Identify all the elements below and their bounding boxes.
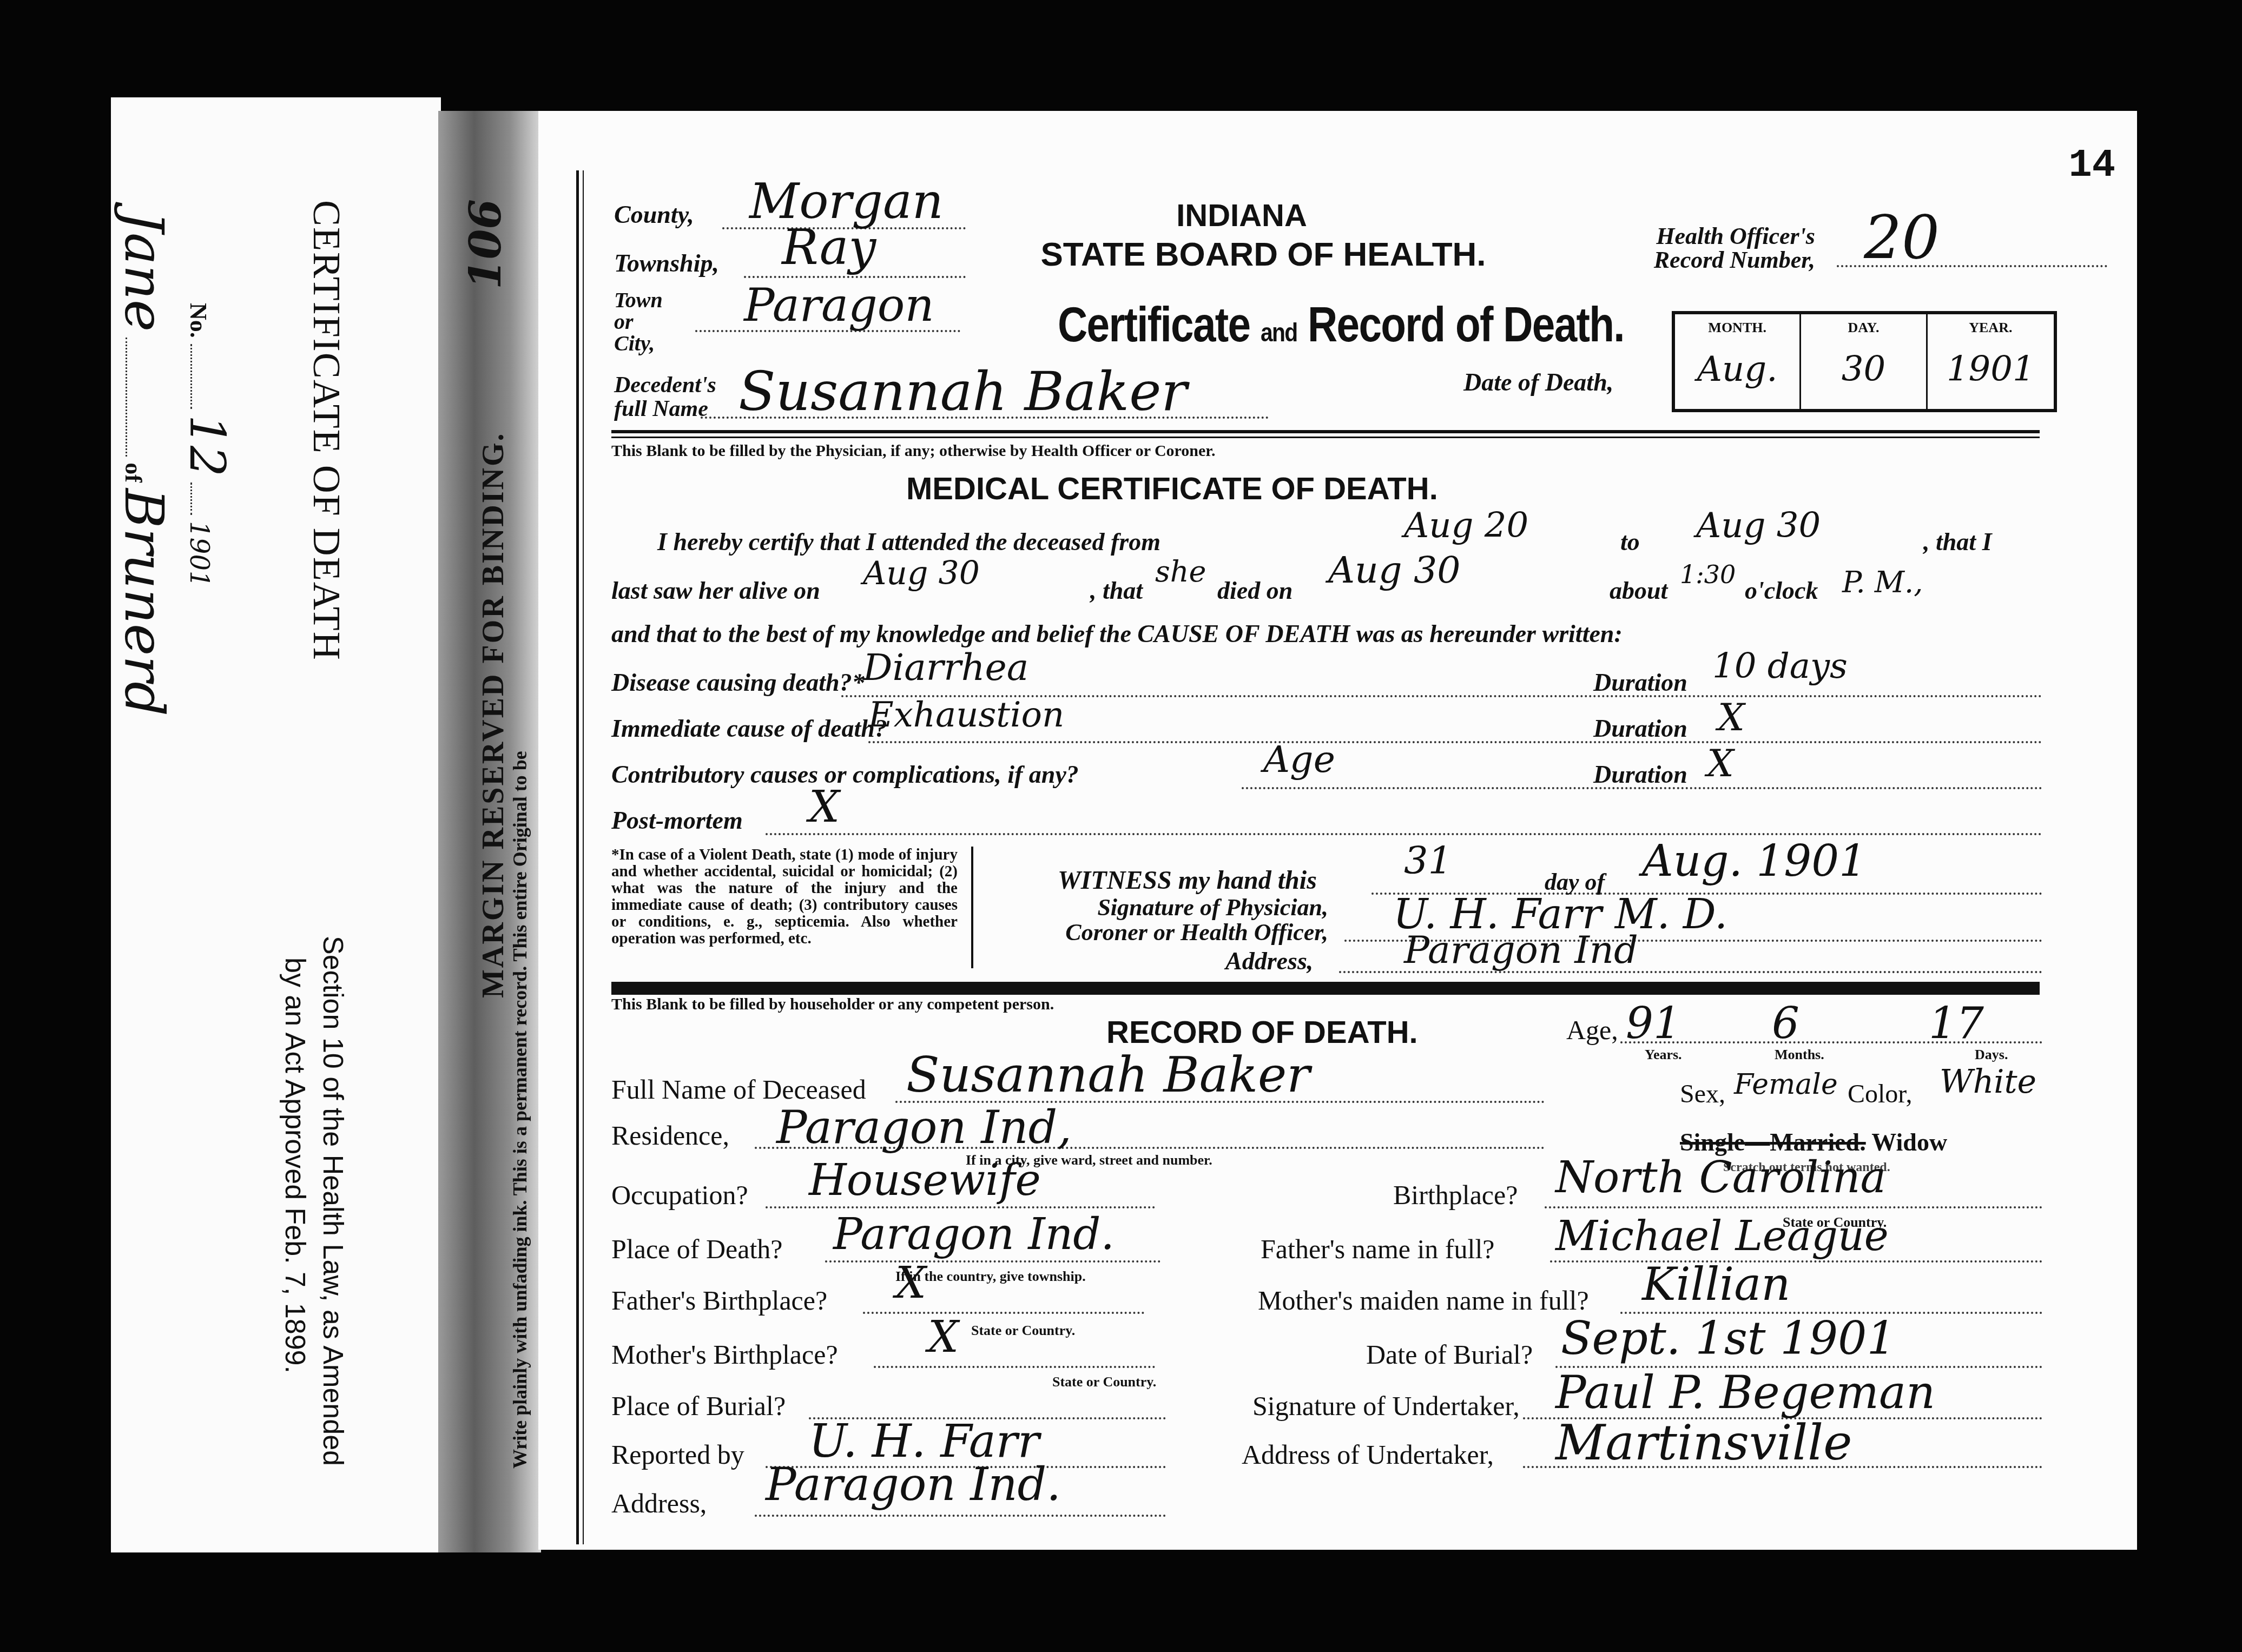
- decedent-name-value: Susannah Baker: [738, 360, 1187, 423]
- undertaker-signature-label: Signature of Undertaker,: [1252, 1390, 1520, 1422]
- binding-margin: MARGIN RESERVED FOR BINDING. Write plain…: [438, 111, 541, 1552]
- that-label: , that: [1090, 576, 1143, 605]
- physician-address-label: Address,: [1225, 947, 1313, 975]
- day-header: DAY.: [1801, 320, 1926, 336]
- postmortem-label: Post-mortem: [611, 806, 743, 835]
- age-days-unit: Days.: [1975, 1047, 2008, 1063]
- township-value: Ray: [782, 219, 876, 276]
- stub-year: 1901: [184, 521, 214, 587]
- form-border-line: [576, 170, 579, 1544]
- mother-maiden-value: Killian: [1642, 1258, 1790, 1311]
- attended-text: I hereby certify that I attended the dec…: [657, 527, 1160, 556]
- cause-text: and that to the best of my knowledge and…: [611, 619, 1623, 648]
- undertaker-address-label: Address of Undertaker,: [1242, 1439, 1494, 1470]
- mother-maiden-label: Mother's maiden name in full?: [1258, 1285, 1589, 1316]
- birthplace-label: Birthplace?: [1393, 1179, 1518, 1211]
- contributory-value: Age: [1263, 738, 1335, 781]
- father-birthplace-hint: State or Country.: [971, 1323, 1075, 1339]
- immediate-cause-label: Immediate cause of death?: [611, 714, 887, 743]
- full-name-value: Susannah Baker: [906, 1047, 1310, 1103]
- medical-instruction: This Blank to be filled by the Physician…: [611, 442, 1215, 460]
- residence-label: Residence,: [611, 1120, 729, 1151]
- pronoun-value: she: [1155, 554, 1206, 589]
- death-certificate-form: 14 County, Morgan Township, Ray Town or …: [538, 111, 2137, 1550]
- father-birthplace-label: Father's Birthplace?: [611, 1285, 827, 1316]
- residence-value: Paragon Ind,: [776, 1101, 1072, 1154]
- postmortem-value: X: [809, 782, 840, 832]
- about-label: about: [1610, 576, 1667, 605]
- contributory-duration-value: X: [1707, 741, 1734, 785]
- died-on-label: died on: [1217, 576, 1293, 605]
- reporter-address-value: Paragon Ind.: [766, 1458, 1061, 1511]
- county-label: County,: [614, 200, 694, 229]
- ampm-value: P. M.,: [1842, 565, 1923, 599]
- occupation-value: Housewife: [809, 1155, 1041, 1205]
- birthplace-value: North Carolina: [1555, 1152, 1886, 1202]
- color-label: Color,: [1848, 1079, 1912, 1109]
- certificate-stub: CERTIFICATE OF DEATH No. 12 1901 Jane of…: [111, 97, 441, 1552]
- disease-label: Disease causing death?*: [611, 668, 865, 697]
- form-title: Certificate and Record of Death.: [1058, 298, 1624, 353]
- township-label: Township,: [614, 249, 719, 277]
- mother-birthplace-label: Mother's Birthplace?: [611, 1339, 838, 1370]
- sex-label: Sex,: [1680, 1079, 1725, 1109]
- reported-by-label: Reported by: [611, 1439, 744, 1470]
- disease-value: Diarrhea: [863, 646, 1028, 689]
- age-months-unit: Months.: [1775, 1047, 1824, 1063]
- duration-label-1: Duration: [1593, 668, 1687, 697]
- father-name-value: Michael League: [1555, 1212, 1889, 1260]
- attended-to-value: Aug 30: [1696, 506, 1821, 546]
- time-value: 1:30: [1680, 560, 1736, 589]
- decedent-name-label: Decedent's full Name: [614, 373, 722, 421]
- year-value: 1901: [1928, 349, 2054, 389]
- reporter-address-label: Address,: [611, 1488, 707, 1519]
- board-name: STATE BOARD OF HEALTH.: [1025, 235, 1501, 274]
- mother-birthplace-hint: State or Country.: [1052, 1374, 1156, 1390]
- that-i-text: , that I: [1923, 527, 1992, 556]
- father-name-label: Father's name in full?: [1261, 1233, 1495, 1265]
- age-months-value: 6: [1772, 998, 1799, 1048]
- town-label: Town or City,: [614, 289, 679, 354]
- sex-value: Female: [1734, 1068, 1838, 1101]
- place-of-death-value: Paragon Ind.: [833, 1209, 1115, 1259]
- undertaker-signature-value: Paul P. Begeman: [1555, 1366, 1935, 1419]
- burial-place-label: Place of Burial?: [611, 1390, 786, 1422]
- year-header: YEAR.: [1928, 320, 2054, 336]
- violent-death-note: *In case of a Violent Death, state (1) m…: [611, 847, 958, 947]
- date-of-death-table: MONTH. Aug. DAY. 30 YEAR. 1901: [1672, 311, 2057, 412]
- record-number-value: 20: [1864, 203, 1940, 272]
- undertaker-address-value: Martinsville: [1555, 1415, 1852, 1471]
- month-value: Aug.: [1675, 349, 1799, 389]
- age-years-value: 91: [1626, 998, 1681, 1048]
- father-birthplace-value: X: [895, 1258, 926, 1308]
- to-label: to: [1620, 527, 1640, 556]
- last-saw-value: Aug 30: [863, 554, 980, 592]
- attended-from-value: Aug 20: [1404, 506, 1528, 546]
- record-instruction: This Blank to be filled by householder o…: [611, 995, 1054, 1014]
- binding-handwritten-mark: 106: [460, 199, 511, 289]
- disease-duration-value: 10 days: [1712, 646, 1848, 686]
- binding-title: MARGIN RESERVED FOR BINDING.: [476, 432, 511, 998]
- died-on-value: Aug 30: [1328, 549, 1461, 592]
- stub-name-value: Jane: [113, 211, 176, 332]
- mother-birthplace-value: X: [928, 1312, 959, 1362]
- age-label: Age,: [1566, 1014, 1618, 1046]
- contributory-label: Contributory causes or complications, if…: [611, 760, 1079, 789]
- witness-day-value: 31: [1404, 838, 1452, 883]
- stub-law-line2: by an Act Approved Feb. 7, 1899.: [279, 957, 311, 1373]
- medical-title: MEDICAL CERTIFICATE OF DEATH.: [906, 471, 1438, 507]
- stub-no-value: 12: [179, 415, 235, 477]
- age-years-unit: Years.: [1645, 1047, 1682, 1063]
- age-days-value: 17: [1929, 998, 1984, 1048]
- witness-month-year-value: Aug. 1901: [1642, 836, 1867, 886]
- duration-label-2: Duration: [1593, 714, 1687, 743]
- burial-date-value: Sept. 1st 1901: [1561, 1312, 1896, 1365]
- immediate-cause-value: Exhaustion: [868, 695, 1064, 735]
- stub-of-label: of: [120, 462, 147, 483]
- occupation-label: Occupation?: [611, 1179, 748, 1211]
- stub-place-value: Brunerd: [113, 488, 176, 716]
- town-value: Paragon: [744, 279, 934, 332]
- stub-name-line: Jane of Brunerd: [113, 211, 176, 716]
- stub-number-line: No. 12 1901: [179, 303, 235, 587]
- place-of-death-label: Place of Death?: [611, 1233, 783, 1265]
- state-name: INDIANA: [1106, 197, 1377, 234]
- form-border-line-inner: [583, 170, 584, 1544]
- stub-title: CERTIFICATE OF DEATH: [304, 200, 349, 661]
- month-header: MONTH.: [1675, 320, 1799, 336]
- witness-label: WITNESS my hand this: [1058, 865, 1317, 895]
- record-title: RECORD OF DEATH.: [1106, 1014, 1418, 1050]
- color-value: White: [1940, 1063, 2036, 1101]
- last-saw-label: last saw her alive on: [611, 576, 820, 605]
- immediate-duration-value: X: [1718, 695, 1745, 739]
- stub-law-line1: Section 10 of the Health Law, as Amended: [316, 936, 349, 1466]
- duration-label-3: Duration: [1593, 760, 1687, 789]
- stub-no-label: No.: [185, 303, 212, 338]
- record-number-label: Health Officer's Record Number,: [1604, 224, 1815, 272]
- burial-date-label: Date of Burial?: [1366, 1339, 1533, 1370]
- page-number: 14: [2069, 143, 2115, 188]
- binding-instruction-1: Write plainly with unfading ink. This is…: [509, 751, 531, 1469]
- oclock-label: o'clock: [1745, 576, 1818, 605]
- signature-label: Signature of Physician, Coroner or Healt…: [1014, 895, 1328, 945]
- date-of-death-label: Date of Death,: [1463, 368, 1613, 397]
- day-value: 30: [1801, 349, 1926, 389]
- physician-address-value: Paragon Ind: [1404, 928, 1638, 972]
